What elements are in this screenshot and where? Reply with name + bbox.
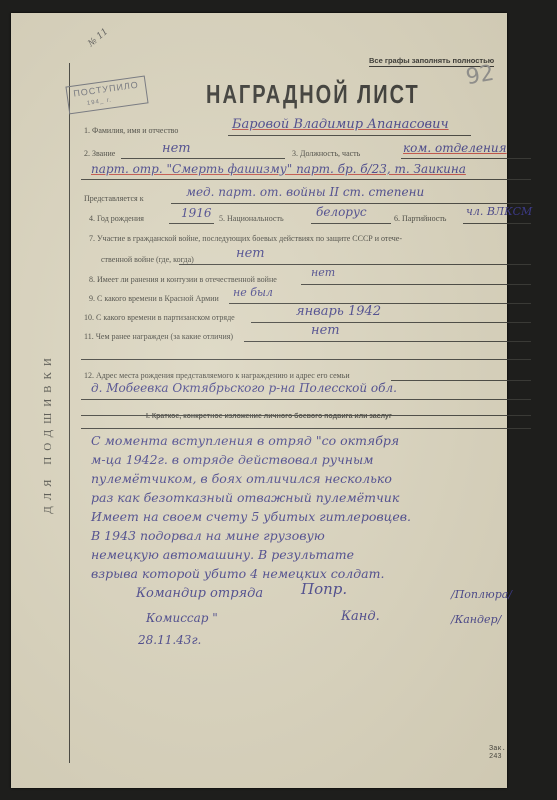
award-sheet-page: ДЛЯ ПОДШИВКИ № 11 Все графы заполнять по… [11,13,507,788]
field-3-line [401,158,531,159]
field-12-line [391,380,531,381]
narrative-line: С момента вступления в отряд "со октября [91,431,531,450]
field-3-line-2 [81,179,531,180]
field-5-line [311,223,391,224]
commander-label: Командир отряда [136,586,263,601]
field-1-line [228,135,471,136]
field-11-value: нет [311,323,340,338]
field-7-value: нет [236,246,265,261]
field-9-value: не был [233,286,273,299]
field-5-value: белорус [316,205,367,219]
binding-label-text: ДЛЯ ПОДШИВКИ [42,352,54,514]
field-3-value-2: парт. отр. "Смерть фашизму" парт. бр. б/… [91,162,466,176]
field-8-line [301,284,531,285]
commander-signature: Попр. [301,580,347,598]
field-6-line [463,223,531,224]
field-2-value: нет [162,141,191,156]
page-title: НАГРАДНОЙ ЛИСТ [206,81,420,111]
field-10-line [251,322,531,323]
field-10-value: январь 1942 [296,304,381,319]
field-6-label: 6. Партийность [394,214,446,223]
field-1-label: 1. Фамилия, имя и отчество [84,126,178,135]
received-stamp: ПОСТУПИЛО 194_ г. [65,76,148,115]
signature-date: 28.11.43г. [138,633,201,647]
field-2-label: 2. Звание [84,149,115,158]
field-11-line-2 [81,359,531,360]
form-code: Зак. 243 [489,745,507,761]
field-4-value: 1916 [181,206,212,220]
field-6-value: чл. ВЛКСМ [466,205,532,218]
commissar-signature: Канд. [341,609,380,624]
commissar-label: Комиссар " [146,611,218,625]
section-1-heading: I. Краткое, конкретное изложение личного… [146,413,392,420]
narrative-line: пулемётчиком, в боях отличился несколько [91,469,531,488]
section-1-narrative: С момента вступления в отряд "со октября… [91,431,531,583]
presented-line [171,203,531,204]
field-9-label: 9. С какого времени в Красной Армии [89,294,219,303]
field-2-line [121,158,285,159]
narrative-line: раз как безотказный отважный пулемётчик [91,488,531,507]
narrative-line: В 1943 подорвал на мине грузовую [91,526,531,545]
commissar-name: /Кандер/ [451,613,501,626]
field-3-value: ком. отделения [403,141,507,155]
narrative-line: Имеет на своем счету 5 убитых гитлеровце… [91,507,531,526]
presented-label: Представляется к [84,194,144,203]
order-number-mark: № 11 [86,27,110,49]
narrative-line: немецкую автомашину. В результате [91,545,531,564]
field-11-label: 11. Чем ранее награжден (за какие отличи… [84,332,233,341]
field-7-label-2: ственной войне (где, когда) [101,255,194,264]
field-5-label: 5. Национальность [219,214,284,223]
field-7-line [179,264,531,265]
stamp-text: ПОСТУПИЛО [73,80,139,99]
field-12-line-4 [81,428,531,429]
field-1-value: Баровой Владимир Апанасович [232,117,449,132]
field-8-label: 8. Имеет ли ранения и контузии в отечест… [89,275,277,284]
presented-value: мед. парт. от. войны II ст. степени [186,185,424,199]
field-12-value: д. Мобеевка Октябрьского р-на Полесской … [91,381,397,395]
field-4-line [169,223,214,224]
binding-label: ДЛЯ ПОДШИВКИ [41,313,55,553]
field-7-label: 7. Участие в гражданской войне, последую… [89,234,402,243]
field-12-label: 12. Адрес места рождения представляемого… [84,371,350,380]
field-8-value: нет [311,266,335,279]
field-10-label: 10. С какого времени в партизанском отря… [84,313,235,322]
narrative-line: м-ца 1942г. в отряде действовал ручным [91,450,531,469]
field-12-line-2 [81,399,531,400]
binding-margin-line [69,63,70,763]
stamp-date: 194_ г. [87,97,113,106]
field-3-label: 3. Должность, часть [292,149,360,158]
field-11-line [244,341,531,342]
pencil-page-number: 92 [464,61,496,90]
commander-name: /Поплюра/ [451,588,512,601]
field-4-label: 4. Год рождения [89,214,144,223]
